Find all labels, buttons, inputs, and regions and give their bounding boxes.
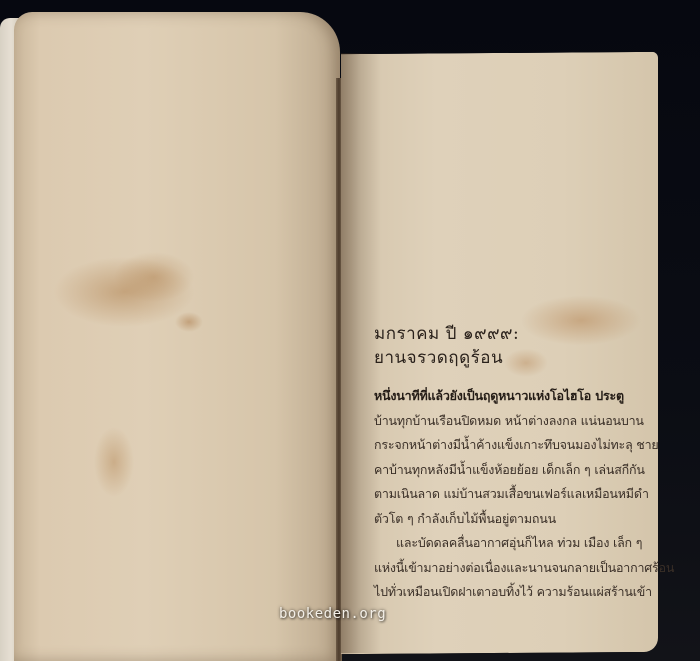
text-line: ตามเนินลาด แม่บ้านสวมเสื้อขนเฟอร์แลเหมือ… [374,482,659,507]
chapter-title: มกราคม ปี ๑๙๙๙: ยานจรวดฤดูร้อน [374,322,654,370]
text-line: ตัวโต ๆ กำลังเก็บไม้พื้นอยู่ตามถนน [374,507,659,532]
text-line: กระจกหน้าต่างมีน้ำค้างแข็งเกาะทึบจนมองไม… [374,433,659,458]
text-line: หนึ่งนาทีที่แล้วยังเป็นฤดูหนาวแห่งโอไฮโอ… [374,384,659,409]
text-line: แห่งนี้เข้ามาอย่างต่อเนื่องและนานจนกลายเ… [374,556,659,581]
text-line: บ้านทุกบ้านเรือนปิดหมด หน้าต่างลงกล แน่น… [374,409,659,434]
text-line: คาบ้านทุกหลังมีน้ำแข็งห้อยย้อย เด็กเล็ก … [374,458,659,483]
watermark: bookeden.org [279,606,386,622]
text-line: ไปทั่วเหมือนเปิดฝาเตาอบทิ้งไว้ ความร้อนแ… [374,580,659,605]
body-text: หนึ่งนาทีที่แล้วยังเป็นฤดูหนาวแห่งโอไฮโอ… [374,384,659,605]
chapter-title-line-2: ยานจรวดฤดูร้อน [374,346,654,370]
left-page-blank [14,12,340,661]
text-line: และบัดดลคลื่นอากาศอุ่นก็ไหล ท่วม เมือง เ… [374,531,659,556]
chapter-title-line-1: มกราคม ปี ๑๙๙๙: [374,322,654,346]
